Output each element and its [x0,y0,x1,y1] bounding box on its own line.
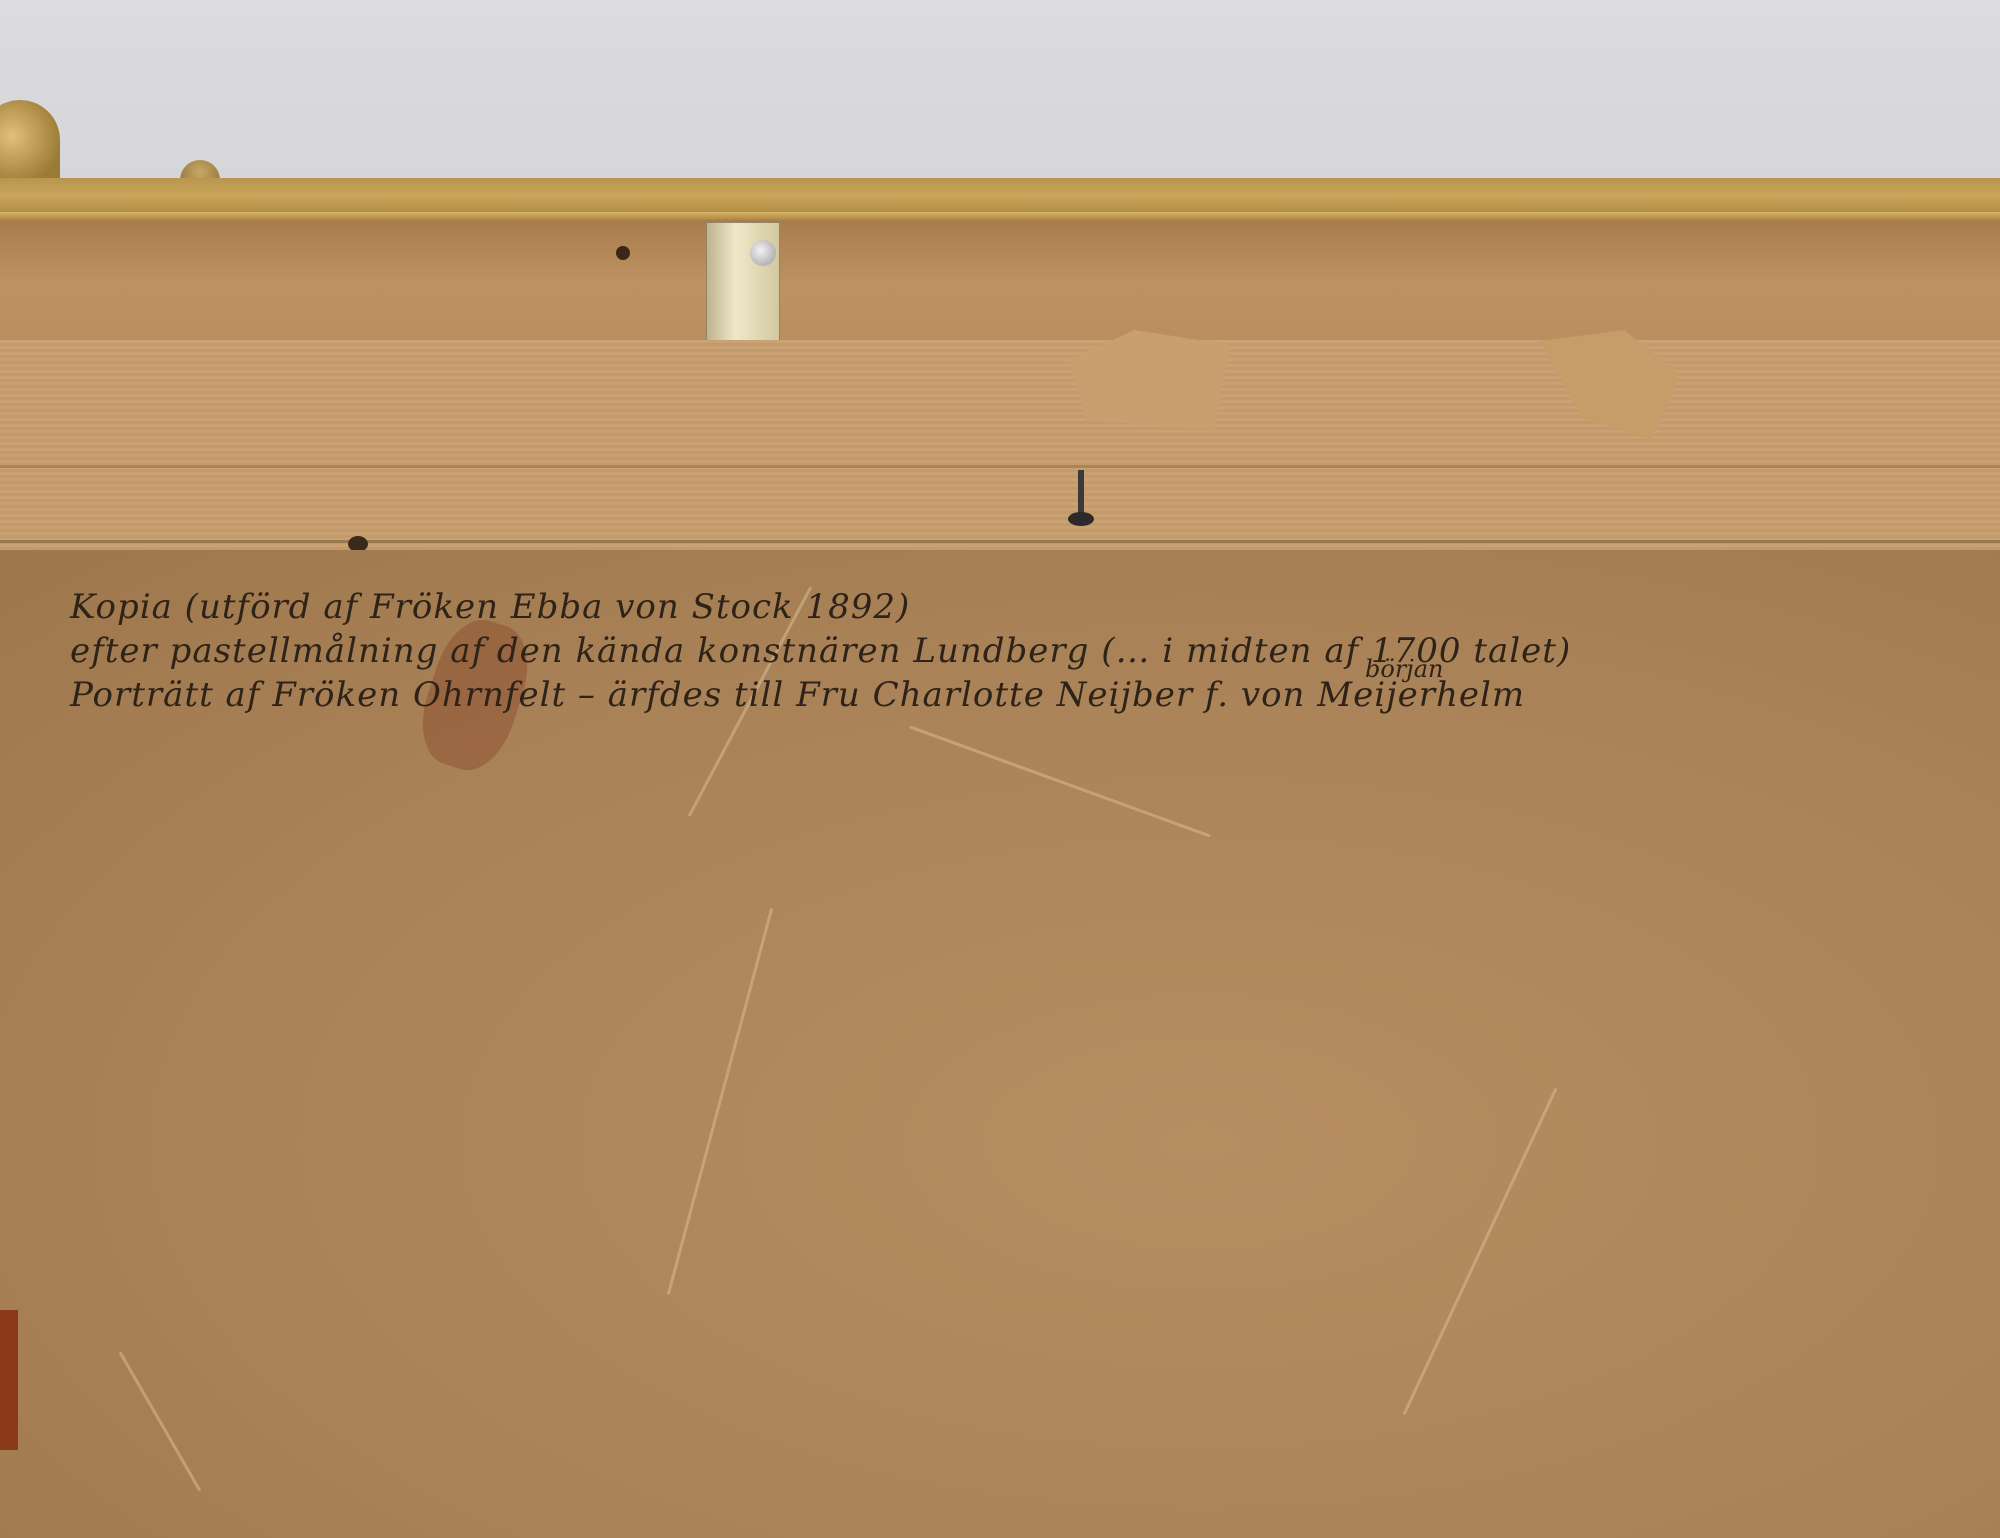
inscription-line-2: efter pastellmålning af den kända konstn… [70,629,1571,673]
inscription-line-1: Kopia (utförd af Fröken Ebba von Stock 1… [70,585,1571,629]
background-wall [0,0,2000,190]
inscription-interlinear-note: början [1365,655,1444,683]
screw-head-top [750,240,776,266]
tape-seam-lower [0,540,2000,543]
tape-seam [0,465,2000,468]
kraft-paper-tape [0,340,2000,550]
handwritten-inscription: Kopia (utförd af Fröken Ebba von Stock 1… [70,585,1571,717]
screw-hole [616,246,630,260]
nail-head [1068,512,1094,526]
red-edge-stain [0,1310,18,1450]
inscription-line-3: Porträtt af Fröken Ohrnfelt – ärfdes til… [70,673,1571,717]
